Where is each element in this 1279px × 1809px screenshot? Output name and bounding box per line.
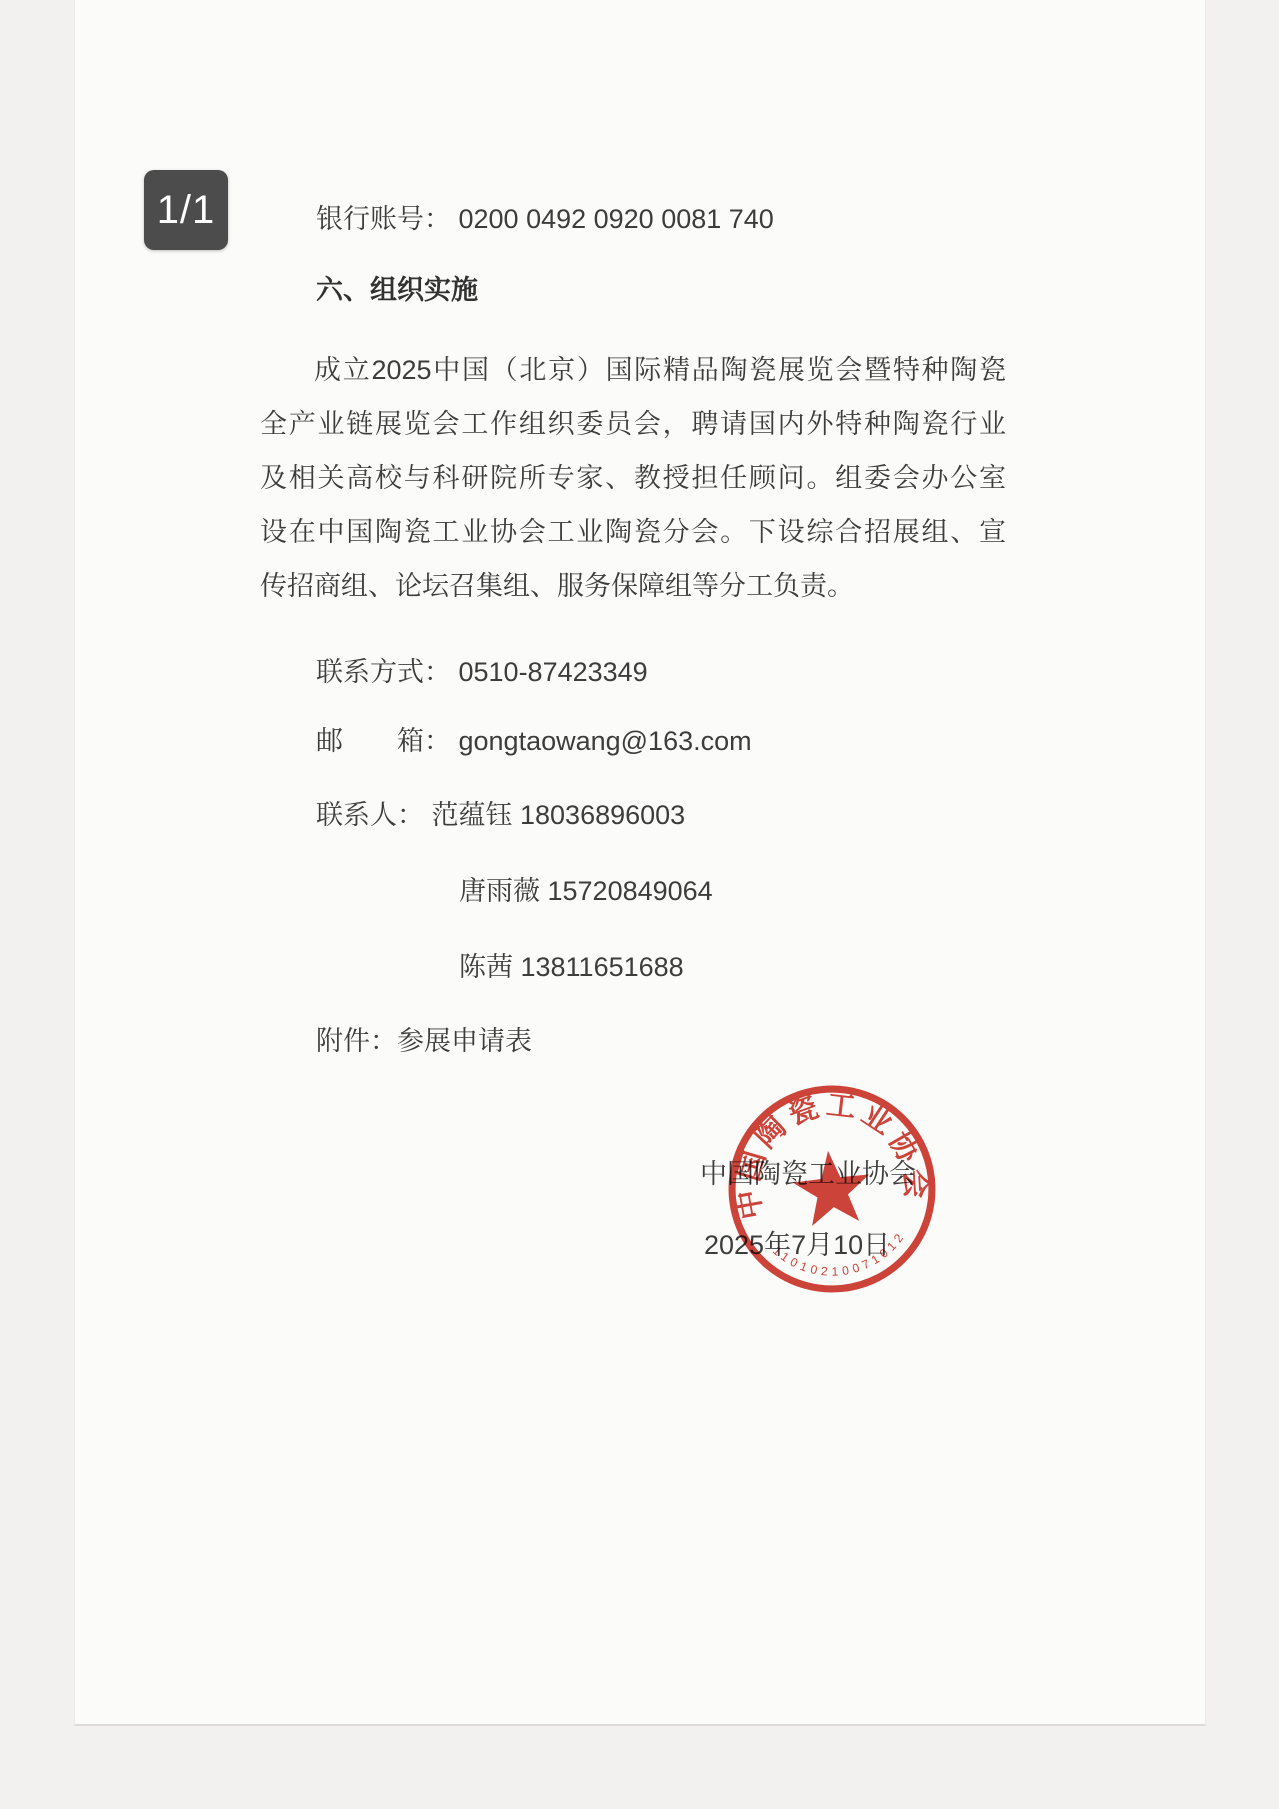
paragraph-line-2: 全产业链展览会工作组织委员会，聘请国内外特种陶瓷行业: [260, 407, 1006, 442]
contact-method-line: 联系方式： 0510-87423349: [316, 656, 648, 690]
attachment-line: 附件：参展申请表: [316, 1025, 532, 1059]
paragraph-line-3: 及相关高校与科研院所专家、教授担任顾问。组委会办公室: [260, 461, 1006, 496]
contact-person-line-2: 唐雨薇 15720849064: [459, 875, 713, 909]
page-indicator-label: 1/1: [157, 188, 216, 233]
paragraph-line-5: 传招商组、论坛召集组、服务保障组等分工负责。: [260, 569, 1006, 604]
email-line: 邮 箱： gongtaowang@163.com: [316, 725, 752, 759]
section-heading: 六、组织实施: [316, 274, 478, 308]
red-star-icon: [790, 1147, 874, 1228]
paragraph-line-1: 成立2025中国（北京）国际精品陶瓷展览会暨特种陶瓷: [314, 353, 1006, 388]
seal-graphic: 中国陶瓷工业协会 11010210071012: [714, 1071, 949, 1306]
contact-person-line: 联系人： 范蕴钰 18036896003: [316, 799, 685, 833]
official-seal-stamp: 中国陶瓷工业协会 11010210071012: [714, 1071, 949, 1306]
page-indicator-badge[interactable]: 1/1: [144, 170, 228, 250]
bank-account-line: 银行账号： 0200 0492 0920 0081 740: [316, 203, 774, 237]
document-page: [74, 0, 1206, 1726]
document-viewer: 1/1 银行账号： 0200 0492 0920 0081 740 六、组织实施…: [0, 0, 1279, 1809]
paragraph-line-4: 设在中国陶瓷工业协会工业陶瓷分会。下设综合招展组、宣: [260, 515, 1006, 550]
contact-person-line-3: 陈茜 13811651688: [459, 951, 684, 985]
